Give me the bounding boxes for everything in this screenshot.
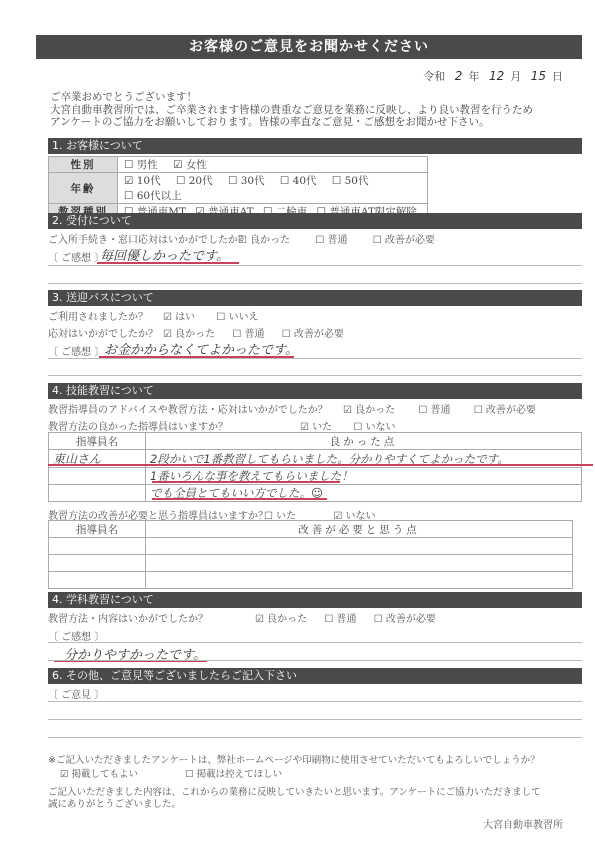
thanks-line: 誠にありがとうございました。 xyxy=(48,799,541,811)
checkbox-decline-publish[interactable]: ☐ 掲載は控えてほしい xyxy=(185,766,282,780)
good-instructor-question: 教習方法の良かった指導員はいますか？ xyxy=(48,418,228,433)
thanks-line: ご記入いただきました内容は、これからの業務に反映していきたいと思います。アンケー… xyxy=(48,787,541,799)
checkbox-male[interactable]: ☐ 男性 xyxy=(124,157,158,172)
checkbox-needs-improvement[interactable]: ☐ 改善が必要 xyxy=(282,325,344,340)
column-header-instructor: 指導員名 xyxy=(49,433,146,450)
bus-service-options: ☑ 良かった ☐ 普通 ☐ 改善が必要 xyxy=(163,325,356,340)
highlight-underline xyxy=(152,498,327,500)
column-header-good-points: 良かった点 xyxy=(146,433,582,450)
checkbox-needs-improvement[interactable]: ☐ 改善が必要 xyxy=(474,401,536,416)
reception-options: ☑ 良かった ☐ 普通 ☐ 改善が必要 xyxy=(238,231,447,246)
writing-line xyxy=(48,358,582,359)
intro-line: ご卒業おめでとうございます！ xyxy=(50,91,533,104)
highlight-underline xyxy=(97,262,239,264)
column-header-instructor: 指導員名 xyxy=(49,521,146,538)
intro-text: ご卒業おめでとうございます！ 大宮自動車教習所では、ご卒業されます皆様の貴重なご… xyxy=(50,91,533,129)
intro-line: アンケートのご協力をお願いしております。皆様の率直なご意見・ご感想をお聞かせ下さ… xyxy=(50,116,533,129)
bus-used-question: ご利用されましたか？ xyxy=(48,308,148,323)
customer-info-table: 性別 ☐ 男性 ☑ 女性 年齢 ☑ 10代 ☐ 20代 ☐ 30代 ☐ 40代 … xyxy=(48,156,428,220)
section-header-other-comments: 6. その他、ご意見等ございましたらご記入下さい xyxy=(48,668,582,684)
highlight-underline xyxy=(152,481,340,483)
instructor-name-cell[interactable] xyxy=(49,468,146,485)
writing-line[interactable] xyxy=(48,701,582,702)
checkbox-good[interactable]: ☑ 良かった xyxy=(343,401,395,416)
table-row xyxy=(49,572,573,589)
improve-instructor-table: 指導員名 改善が必要と思う点 xyxy=(48,520,573,589)
section-header-shuttle-bus: 3. 送迎バスについて xyxy=(48,290,582,306)
consent-options: ☑ 掲載してもよい ☐ 掲載は控えてほしい xyxy=(60,766,294,780)
survey-title: お客様のご意見をお聞かせください xyxy=(36,35,582,59)
section-header-reception: 2. 受付について xyxy=(48,213,582,229)
writing-line xyxy=(48,642,582,643)
comment-label: 〔 ご感想 〕 xyxy=(48,249,104,264)
instructor-name-cell[interactable] xyxy=(49,485,146,502)
writing-line xyxy=(48,375,582,376)
improvement-points-cell[interactable] xyxy=(146,572,573,589)
checkbox-normal[interactable]: ☐ 普通 xyxy=(324,610,356,625)
checkbox-normal[interactable]: ☐ 普通 xyxy=(418,401,450,416)
checkbox-good[interactable]: ☑ 良かった xyxy=(238,231,290,246)
date-day[interactable]: 15 xyxy=(531,69,546,83)
instructor-name-cell[interactable] xyxy=(49,538,146,555)
intro-line: 大宮自動車教習所では、ご卒業されます皆様の貴重なご意見を業務に反映し、より良い教… xyxy=(50,104,533,117)
classroom-question: 教習方法・内容はいかがでしたか？ xyxy=(48,610,208,625)
table-header-row: 指導員名 良かった点 xyxy=(49,433,582,450)
instructor-advice-options: ☑ 良かった ☐ 普通 ☐ 改善が必要 xyxy=(343,401,548,416)
checkbox-normal[interactable]: ☐ 普通 xyxy=(232,325,264,340)
gender-label: 性別 xyxy=(49,157,118,173)
instructor-advice-question: 教習指導員のアドバイスや教習方法・応対はいかがでしたか？ xyxy=(48,401,328,416)
date-day-unit: 日 xyxy=(552,70,563,83)
date-month-unit: 月 xyxy=(510,70,521,83)
comment-label: 〔 ご感想 〕 xyxy=(48,628,104,643)
age-row: 年齢 ☑ 10代 ☐ 20代 ☐ 30代 ☐ 40代 ☐ 50代 ☐ 60代以上 xyxy=(49,173,428,204)
instructor-name-cell[interactable] xyxy=(49,555,146,572)
instructor-name-cell[interactable] xyxy=(49,572,146,589)
comment-label: 〔 ご意見 〕 xyxy=(48,686,104,701)
writing-line xyxy=(48,660,582,661)
improvement-points-cell[interactable] xyxy=(146,538,573,555)
checkbox-40s[interactable]: ☐ 40代 xyxy=(280,173,317,188)
section-header-classroom-lessons: 4. 学科教習について xyxy=(48,592,582,608)
comment-label: 〔 ご感想 〕 xyxy=(48,343,104,358)
improvement-points-cell[interactable] xyxy=(146,555,573,572)
writing-line xyxy=(48,265,582,266)
table-row xyxy=(49,538,573,555)
section-header-driving-lessons: 4. 技能教習について xyxy=(48,383,582,399)
good-instructor-table: 指導員名 良かった点 東山さん 2段かいで1番教習してもらいました。分かりやすく… xyxy=(48,432,582,502)
checkbox-20s[interactable]: ☐ 20代 xyxy=(176,173,213,188)
date-year-unit: 年 xyxy=(468,70,479,83)
checkbox-no[interactable]: ☐ いいえ xyxy=(216,308,258,323)
checkbox-60s-plus[interactable]: ☐ 60代以上 xyxy=(124,188,182,203)
writing-line[interactable] xyxy=(48,737,582,738)
checkbox-yes-there-was[interactable]: ☑ いた xyxy=(300,418,332,433)
checkbox-good[interactable]: ☑ 良かった xyxy=(163,325,215,340)
thanks-text: ご記入いただきました内容は、これからの業務に反映していきたいと思います。アンケー… xyxy=(48,787,541,811)
checkbox-50s[interactable]: ☐ 50代 xyxy=(332,173,369,188)
consent-question: ※ご記入いただきましたアンケートは、弊社ホームページや印刷物に使用させていただい… xyxy=(48,752,540,766)
table-header-row: 指導員名 改善が必要と思う点 xyxy=(49,521,573,538)
checkbox-needs-improvement[interactable]: ☐ 改善が必要 xyxy=(373,231,435,246)
school-name: 大宮自動車教習所 xyxy=(483,816,563,831)
gender-row: 性別 ☐ 男性 ☑ 女性 xyxy=(49,157,428,173)
writing-line xyxy=(48,283,582,284)
writing-line[interactable] xyxy=(48,719,582,720)
checkbox-normal[interactable]: ☐ 普通 xyxy=(315,231,347,246)
highlight-underline xyxy=(48,464,593,466)
checkbox-female[interactable]: ☑ 女性 xyxy=(173,157,207,172)
age-label: 年齢 xyxy=(49,173,118,204)
reception-question: ご入所手続き・窓口応対はいかがでしたか？ xyxy=(48,231,248,246)
checkbox-good[interactable]: ☑ 良かった xyxy=(255,610,307,625)
checkbox-allow-publish[interactable]: ☑ 掲載してもよい xyxy=(60,766,138,780)
good-instructor-options: ☑ いた ☐ いない xyxy=(300,418,408,433)
checkbox-none[interactable]: ☐ いない xyxy=(353,418,395,433)
bus-service-question: 応対はいかがでしたか？ xyxy=(48,325,158,340)
checkbox-10s[interactable]: ☑ 10代 xyxy=(124,173,161,188)
date-year[interactable]: 2 xyxy=(455,69,463,83)
survey-date: 令和 2年 12月 15日 xyxy=(423,68,563,84)
bus-used-options: ☑ はい ☐ いいえ xyxy=(163,308,271,323)
classroom-options: ☑ 良かった ☐ 普通 ☐ 改善が必要 xyxy=(255,610,448,625)
table-row xyxy=(49,555,573,572)
checkbox-needs-improvement[interactable]: ☐ 改善が必要 xyxy=(374,610,436,625)
checkbox-yes[interactable]: ☑ はい xyxy=(163,308,195,323)
date-month[interactable]: 12 xyxy=(489,69,504,83)
date-era: 令和 xyxy=(423,70,445,83)
column-header-improvement-points: 改善が必要と思う点 xyxy=(146,521,573,538)
checkbox-30s[interactable]: ☐ 30代 xyxy=(228,173,265,188)
section-header-customer: 1. お客様について xyxy=(48,138,582,154)
